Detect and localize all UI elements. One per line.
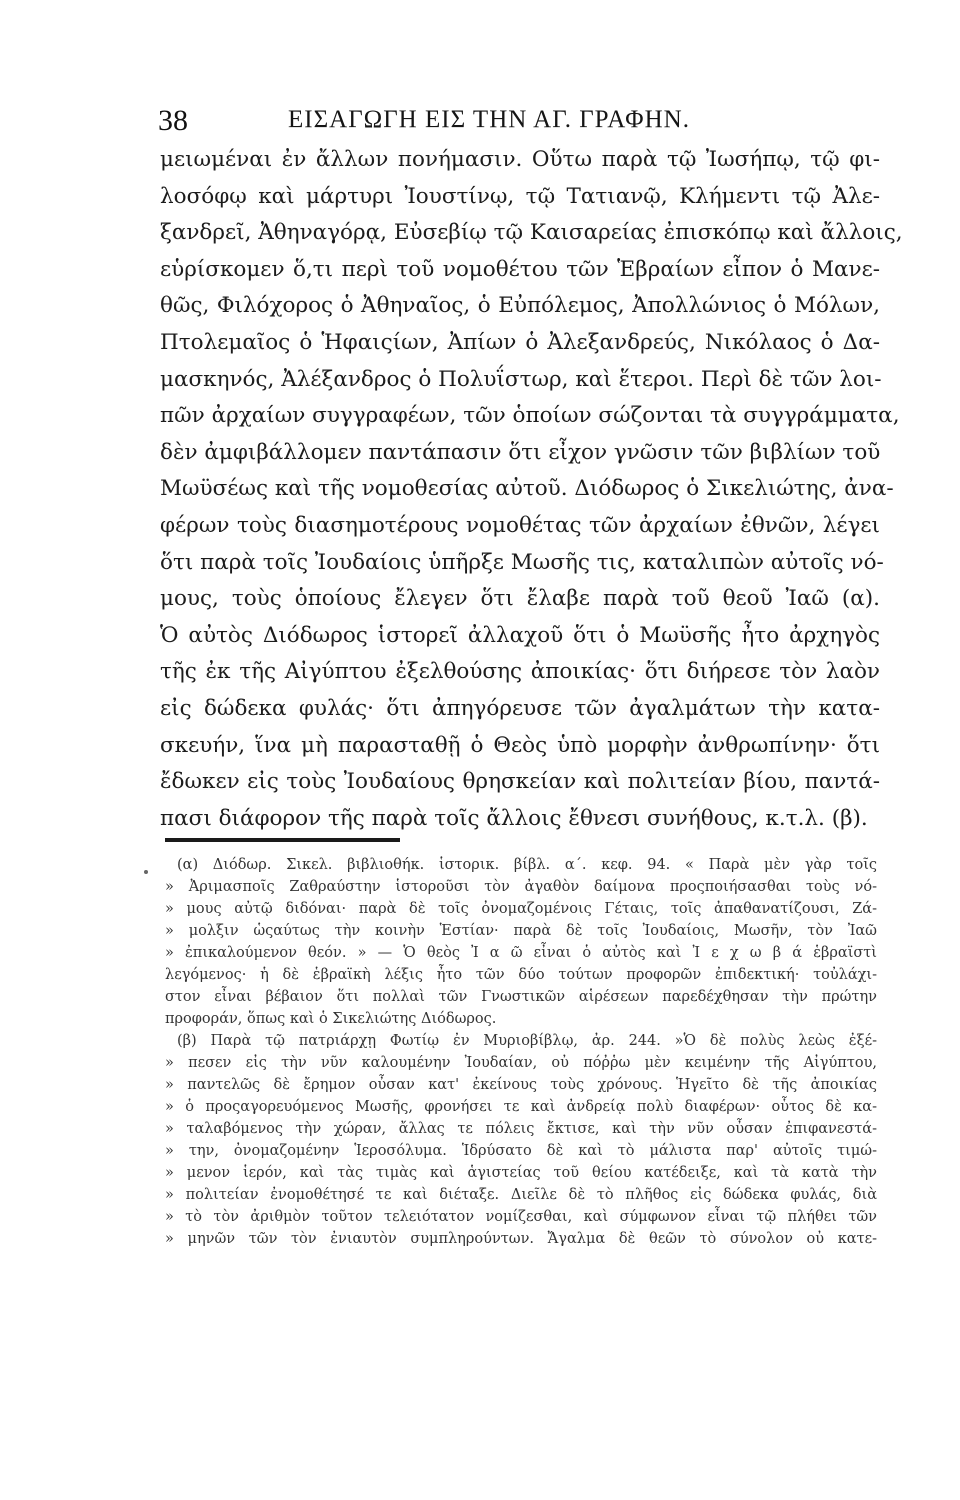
text-line: θῶς, Φιλόχορος ὁ Ἀθηναῖος, ὁ Εὐπόλεμος, … <box>160 288 880 325</box>
text-line: τῆς ἐκ τῆς Αἰγύπτου ἐξελθούσης ἀποικίας·… <box>160 654 880 691</box>
page-number: 38 <box>158 104 188 138</box>
text-line: Πτολεμαῖος ὁ Ἡφαιςίων, Ἀπίων ὁ Ἀλεξανδρε… <box>160 325 880 362</box>
footnote-line: » παντελῶς δὲ ἔρημον οὖσαν κατ' ἐκείνους… <box>165 1074 877 1096</box>
footnote-line: λεγόμενος· ἡ δὲ ἑβραϊκὴ λέξις ἦτο τῶν δύ… <box>165 964 877 986</box>
text-line: λοσόφῳ καὶ μάρτυρι Ἰουστίνῳ, τῷ Τατιανῷ,… <box>160 179 880 216</box>
text-line: φέρων τοὺς διασημοτέρους νομοθέτας τῶν ἀ… <box>160 508 880 545</box>
text-line: εἰς δώδεκα φυλάς· ὅτι ἀπηγόρευσε τῶν ἀγα… <box>160 691 880 728</box>
footnote-line: » την, ὀνομαζομένην Ἱεροσόλυμα. Ἱδρύσατο… <box>165 1140 877 1162</box>
text-line: πασι διάφορον τῆς παρὰ τοῖς ἄλλοις ἔθνεσ… <box>160 801 880 838</box>
footnote-line: » ἐπικαλούμενον θεόν. » — Ὁ θεὸς Ἰ α ῶ ε… <box>165 942 877 964</box>
footnote-line: » μους αὐτῷ διδόναι· παρὰ δὲ τοῖς ὀνομαζ… <box>165 898 877 920</box>
text-line: μους, τοὺς ὁποίους ἔλεγεν ὅτι ἔλαβε παρὰ… <box>160 581 880 618</box>
footnote-line: στον εἶναι βέβαιον ὅτι πολλαὶ τῶν Γνωστι… <box>165 986 877 1008</box>
ink-speck <box>144 870 148 874</box>
text-line: σκευήν, ἵνα μὴ παρασταθῇ ὁ Θεὸς ὑπὸ μορφ… <box>160 728 880 765</box>
footnote-b: (β) Παρὰ τῷ πατριάρχῃ Φωτίῳ ἐν Μυριοβίβλ… <box>165 1030 877 1250</box>
footnote-line: » μενον ἱερόν, καὶ τὰς τιμὰς καὶ ἁγιστεί… <box>165 1162 877 1184</box>
footnote-line: » ταλαβόμενος τὴν χώραν, ἄλλας τε πόλεις… <box>165 1118 877 1140</box>
footnotes-block: (α) Διόδωρ. Σικελ. βιβλιοθήκ. ἱστορικ. β… <box>165 854 877 1250</box>
text-line: ξανδρεῖ, Ἀθηναγόρᾳ, Εὐσεβίῳ τῷ Καισαρεία… <box>160 215 880 252</box>
footnote-line: προφοράν, ὅπως καὶ ὁ Σικελιώτης Διόδωρος… <box>165 1008 877 1030</box>
footnote-separator-rule <box>165 838 400 842</box>
footnote-line: » πεσεν εἰς τὴν νῦν καλουμένην Ἰουδαίαν,… <box>165 1052 877 1074</box>
footnote-line: (β) Παρὰ τῷ πατριάρχῃ Φωτίῳ ἐν Μυριοβίβλ… <box>165 1030 877 1052</box>
text-line: Μωϋσέως καὶ τῆς νομοθεσίας αὐτοῦ. Διόδωρ… <box>160 471 880 508</box>
footnote-line: » Ἀριμασποῖς Ζαθραύστην ἱστοροῦσι τὸν ἀγ… <box>165 876 877 898</box>
text-line: δὲν ἀμφιβάλλομεν παντάπασιν ὅτι εἶχον γν… <box>160 435 880 472</box>
text-line: ὅτι παρὰ τοῖς Ἰουδαίοις ὑπῆρξε Μωσῆς τις… <box>160 545 880 582</box>
footnote-a: (α) Διόδωρ. Σικελ. βιβλιοθήκ. ἱστορικ. β… <box>165 854 877 1030</box>
text-line: Ὁ αὐτὸς Διόδωρος ἱστορεῖ ἀλλαχοῦ ὅτι ὁ Μ… <box>160 618 880 655</box>
running-title: ΕΙΣΑΓΩΓΗ ΕΙΣ ΤΗΝ ΑΓ. ΓΡΑΦΗΝ. <box>288 106 690 134</box>
book-page: 38 ΕΙΣΑΓΩΓΗ ΕΙΣ ΤΗΝ ΑΓ. ΓΡΑΦΗΝ. μειωμένα… <box>0 0 960 1500</box>
footnote-line: (α) Διόδωρ. Σικελ. βιβλιοθήκ. ἱστορικ. β… <box>165 854 877 876</box>
text-line: εὑρίσκομεν ὅ,τι περὶ τοῦ νομοθέτου τῶν Ἑ… <box>160 252 880 289</box>
text-line: ἔδωκεν εἰς τοὺς Ἰουδαίους θρησκείαν καὶ … <box>160 764 880 801</box>
footnote-line: » πολιτείαν ἐνομοθέτησέ τε καὶ διέταξε. … <box>165 1184 877 1206</box>
text-line: μασκηνός, Ἀλέξανδρος ὁ Πολυΐστωρ, καὶ ἕτ… <box>160 362 880 399</box>
footnote-line: » μολξιν ὡςαύτως τὴν κοινὴν Ἑστίαν· παρὰ… <box>165 920 877 942</box>
footnote-line: » ὁ προςαγορευόμενος Μωσῆς, φρονήσει τε … <box>165 1096 877 1118</box>
footnote-line: » μηνῶν τῶν τὸν ἐνιαυτὸν συμπληρούντων. … <box>165 1228 877 1250</box>
text-line: πῶν ἀρχαίων συγγραφέων, τῶν ὁποίων σώζον… <box>160 398 880 435</box>
running-head: 38 ΕΙΣΑΓΩΓΗ ΕΙΣ ΤΗΝ ΑΓ. ΓΡΑΦΗΝ. <box>158 104 878 144</box>
footnote-line: » τὸ τὸν ἀριθμὸν τοῦτον τελειότατον νομί… <box>165 1206 877 1228</box>
text-line: μειωμέναι ἐν ἄλλων πονήμασιν. Οὕτω παρὰ … <box>160 142 880 179</box>
main-text-block: μειωμέναι ἐν ἄλλων πονήμασιν. Οὕτω παρὰ … <box>160 142 880 837</box>
